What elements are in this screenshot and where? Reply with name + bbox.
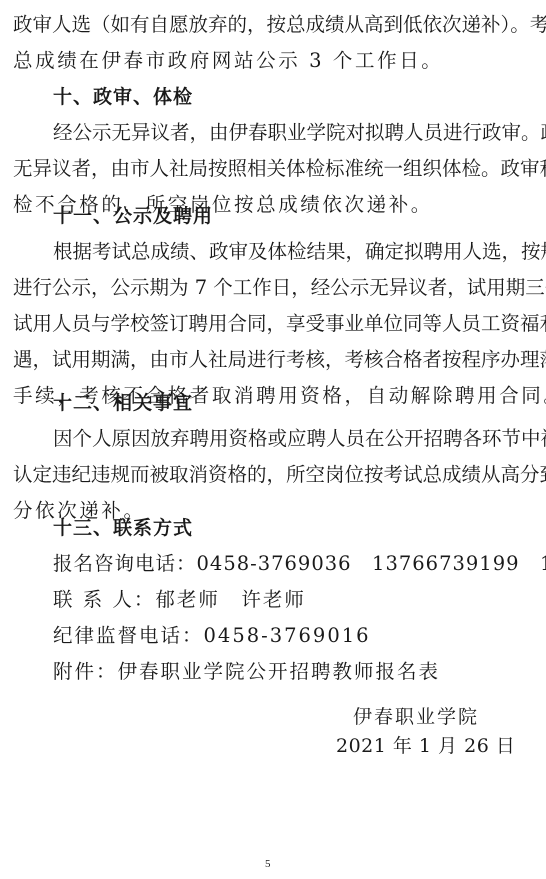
body-line: 经公示无异议者，由伊春职业学院对拟聘人员进行政审。政审 <box>53 115 505 151</box>
body-line: 总成绩在伊春市政府网站公示 3 个工作日。 <box>13 43 443 79</box>
page-number: 5 <box>265 858 271 870</box>
contact-phone-line: 报名咨询电话：0458-3769036 13766739199 18845826… <box>53 546 546 582</box>
body-line: 试用人员与学校签订聘用合同，享受事业单位同等人员工资福利待 <box>13 306 505 342</box>
body-line: 遇，试用期满，由市人社局进行考核，考核合格者按程序办理落编 <box>13 342 505 378</box>
section-heading-12: 十二、相关事宜 <box>53 385 193 421</box>
body-line: 无异议者，由市人社局按照相关体检标准统一组织体检。政审和体 <box>13 151 505 187</box>
section-heading-10: 十、政审、体检 <box>53 79 193 115</box>
body-line: 政审人选（如有自愿放弃的，按总成绩从高到低依次递补）。考试 <box>13 7 505 43</box>
attachment-line: 附件：伊春职业学院公开招聘教师报名表 <box>53 654 440 690</box>
body-line: 认定违纪违规而被取消资格的，所空岗位按考试总成绩从高分到低 <box>13 457 505 493</box>
body-line: 进行公示，公示期为 7 个工作日，经公示无异议者，试用期三个月， <box>13 270 505 306</box>
section-heading-13: 十三、联系方式 <box>53 510 193 546</box>
contact-person-line: 联 系 人：郁老师 许老师 <box>53 582 306 618</box>
signature-date: 2021 年 1 月 26 日 <box>336 731 515 758</box>
body-line: 因个人原因放弃聘用资格或应聘人员在公开招聘各环节中被 <box>53 421 505 457</box>
supervision-phone-line: 纪律监督电话：0458-3769016 <box>53 618 371 654</box>
signature-organization: 伊春职业学院 <box>353 702 479 729</box>
section-heading-11: 十一、公示及聘用 <box>53 198 213 234</box>
body-line: 根据考试总成绩、政审及体检结果，确定拟聘用人选，按规定 <box>53 234 505 270</box>
